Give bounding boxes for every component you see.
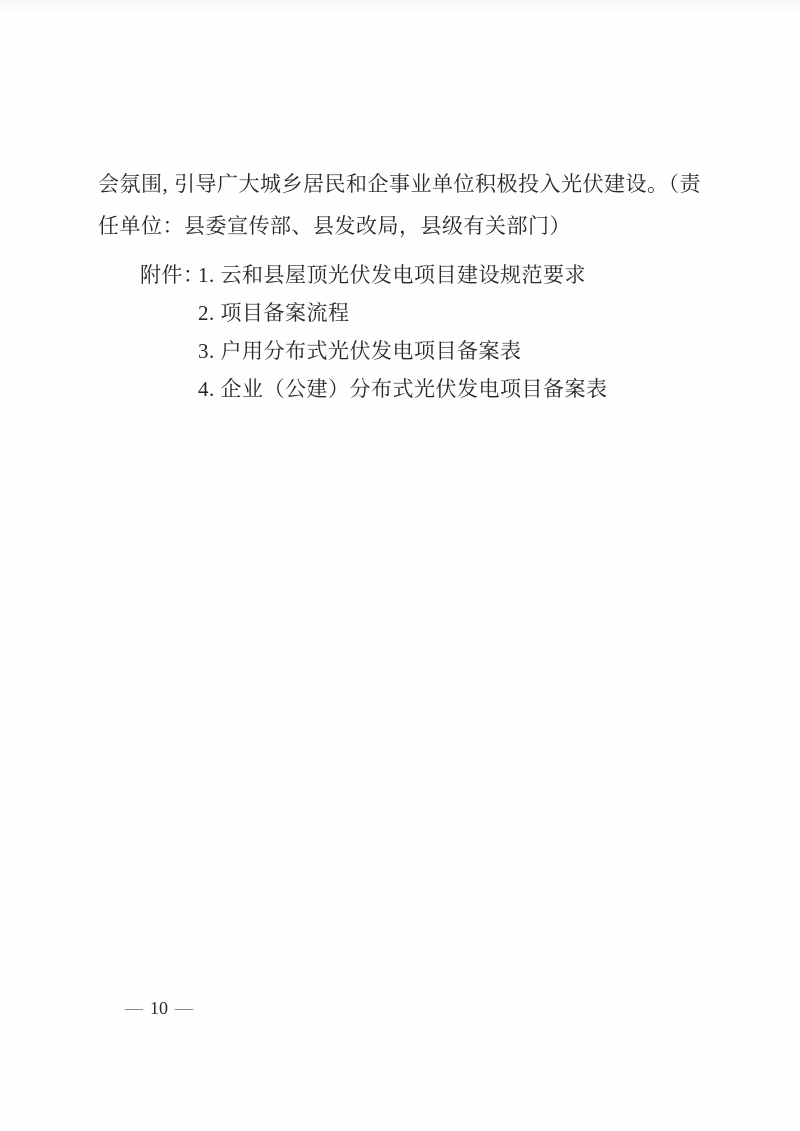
attachments-label: 附件： <box>140 256 198 294</box>
attachment-item: 3. 户用分布式光伏发电项目备案表 <box>198 332 608 370</box>
attachments-block: 附件：1. 云和县屋顶光伏发电项目建设规范要求 2. 项目备案流程 3. 户用分… <box>140 256 608 408</box>
body-paragraph: 会氛围, 引导广大城乡居民和企事业单位积极投入光伏建设。（责 任单位：县委宣传部… <box>98 163 702 247</box>
attachment-item: 4. 企业（公建）分布式光伏发电项目备案表 <box>198 370 608 408</box>
page-number-dash-left: — <box>125 998 143 1018</box>
paragraph-line-1: 会氛围, 引导广大城乡居民和企事业单位积极投入光伏建设。（责 <box>98 163 702 205</box>
document-page: 会氛围, 引导广大城乡居民和企事业单位积极投入光伏建设。（责 任单位：县委宣传部… <box>0 0 800 1131</box>
attachment-item: 2. 项目备案流程 <box>198 294 608 332</box>
scan-noise-band <box>0 0 800 14</box>
paragraph-line-2: 任单位：县委宣传部、县发改局，县级有关部门） <box>98 205 702 247</box>
attachment-item: 1. 云和县屋顶光伏发电项目建设规范要求 <box>198 263 586 287</box>
page-number: —10— <box>118 998 200 1019</box>
page-number-value: 10 <box>150 998 168 1018</box>
page-number-dash-right: — <box>175 998 193 1018</box>
attachments-first-row: 附件：1. 云和县屋顶光伏发电项目建设规范要求 <box>140 256 608 294</box>
